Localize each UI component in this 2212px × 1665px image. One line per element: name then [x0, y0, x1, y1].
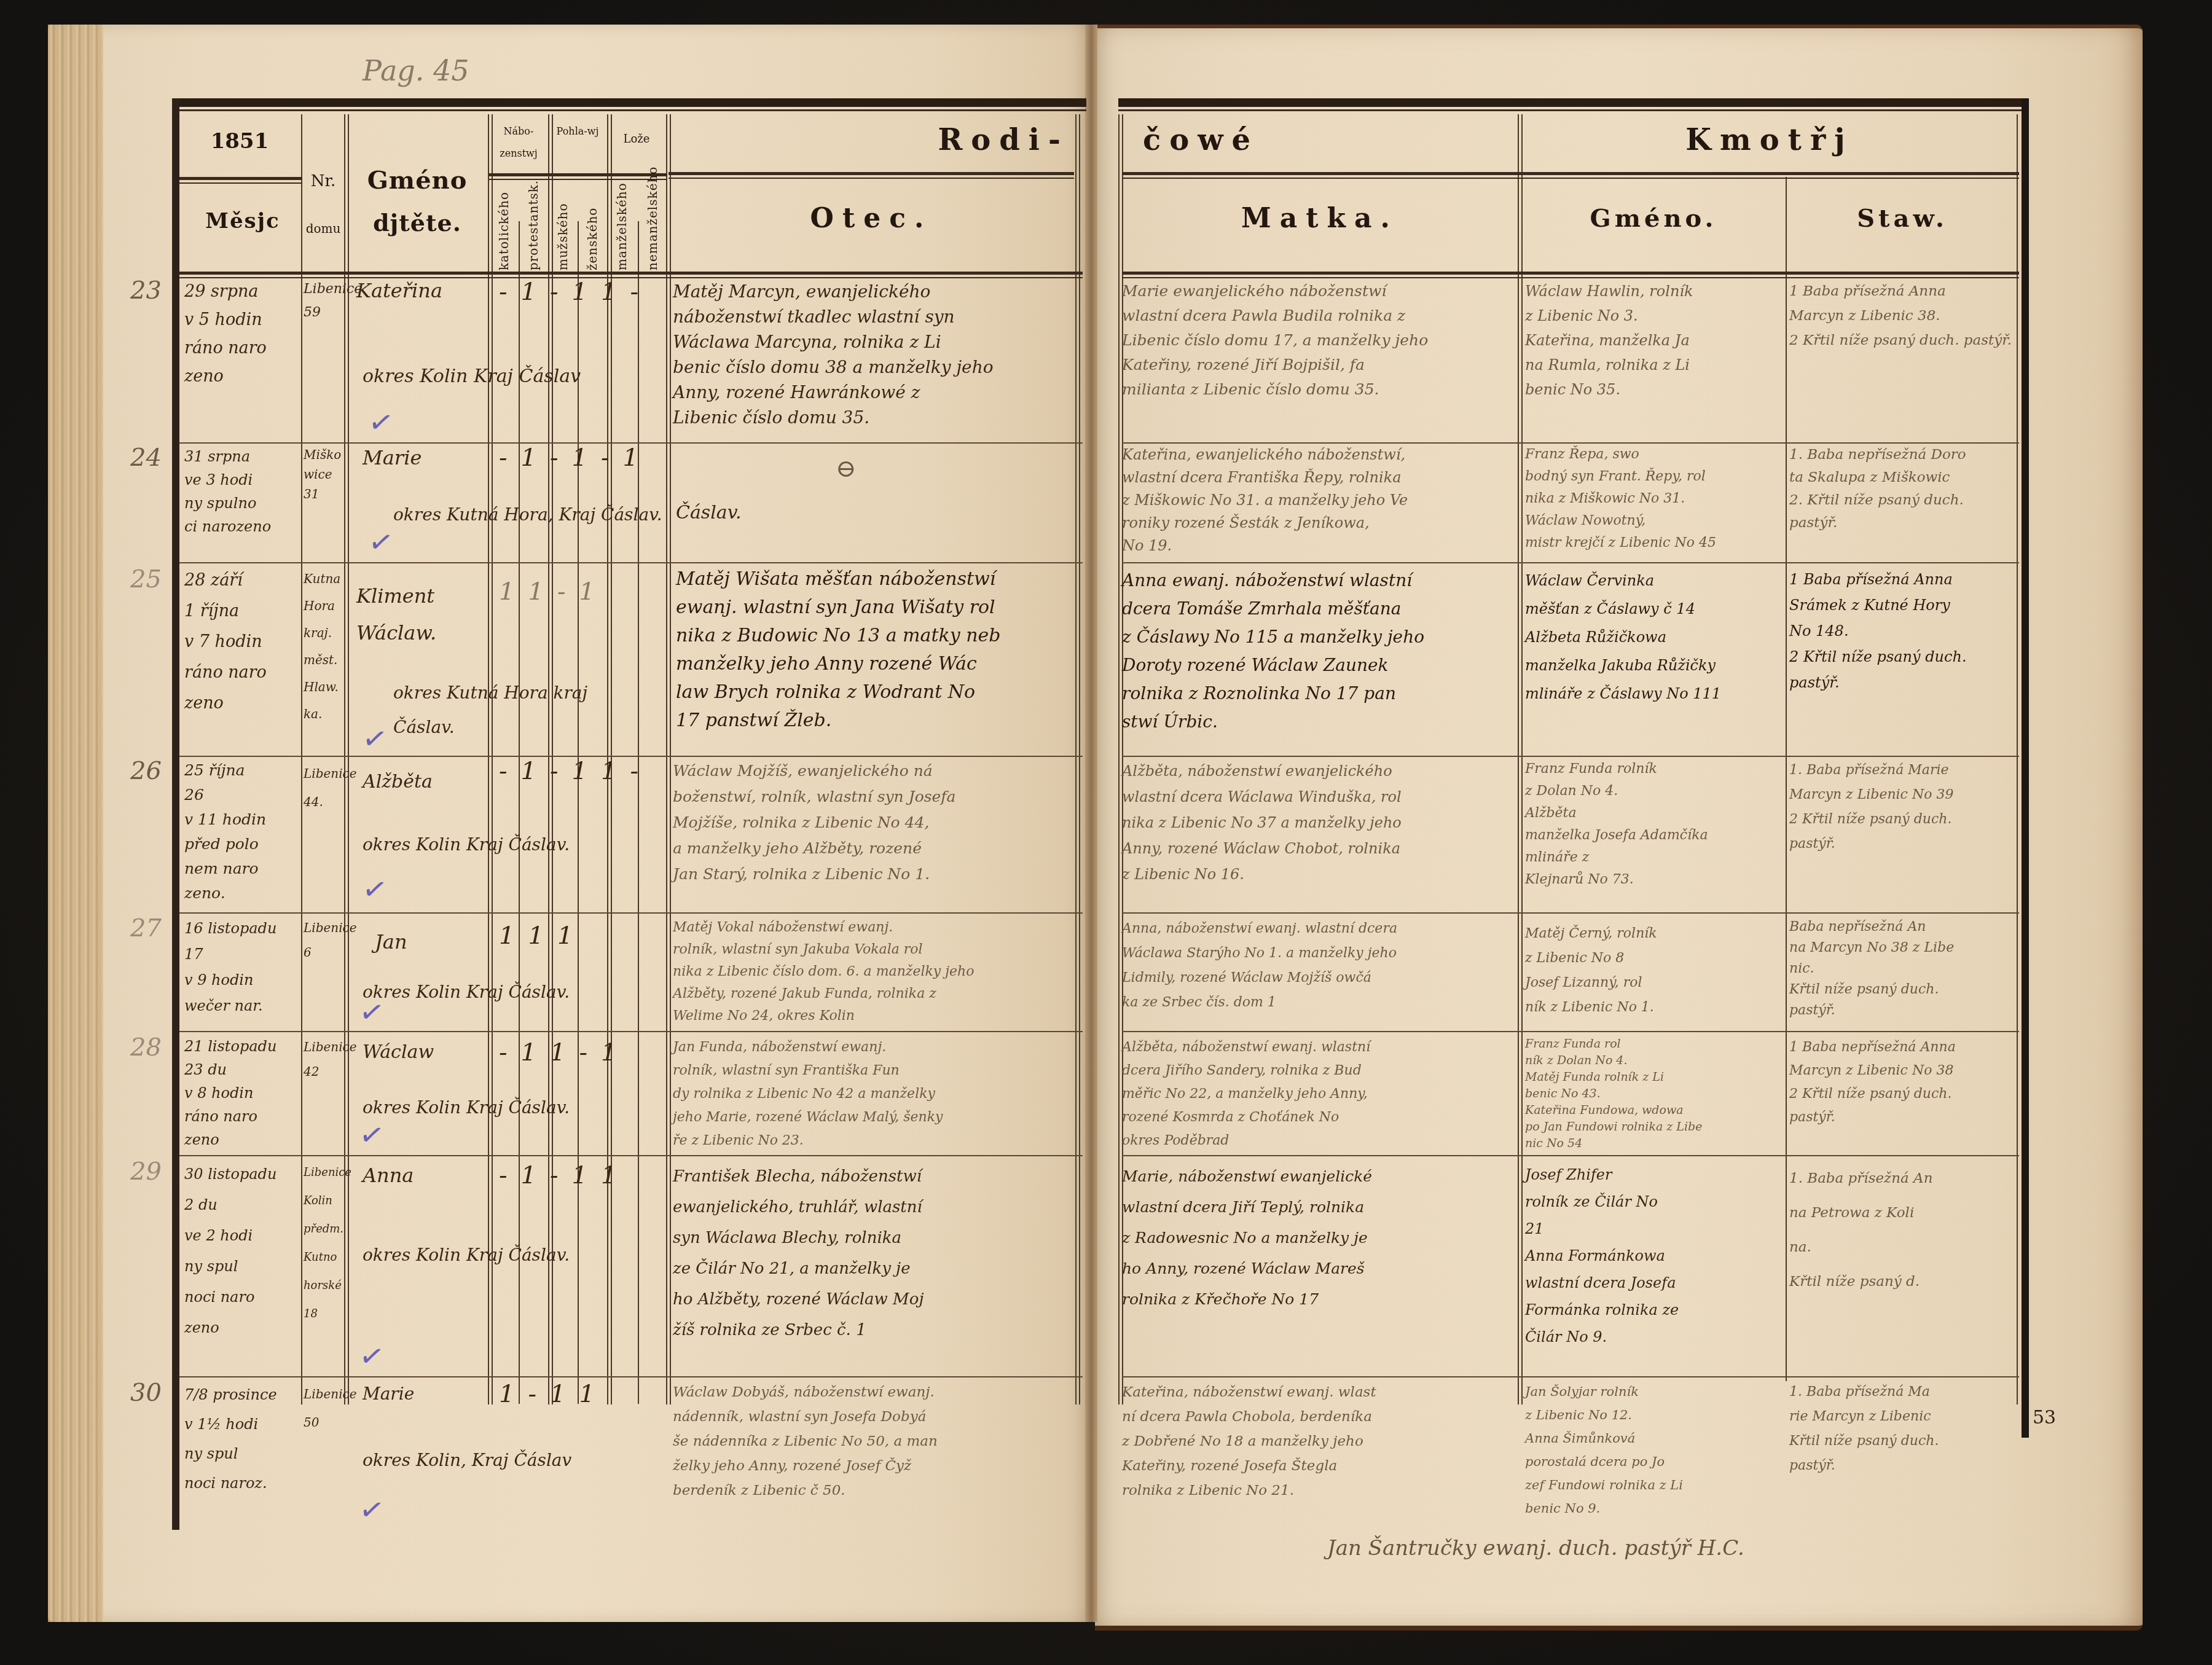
row-divider: [1122, 912, 2019, 914]
header-divider: [1122, 172, 2019, 175]
entry-godparent-names: Wáclaw Hawlin, rolník z Libenic No 3. Ka…: [1525, 279, 1783, 402]
entry-marks: 1-11: [499, 1380, 671, 1408]
religion-header: Nábo-zenstwj: [489, 120, 548, 165]
entry-godparent-status: 1. Baba přísežná Ma rie Marcyn z Libenic…: [1789, 1380, 2026, 1478]
parents-title-right: čowé: [1143, 123, 1266, 157]
entry-father: Jan Funda, náboženstwí ewanj. rolník, wl…: [673, 1036, 1081, 1153]
entry-godparent-names: Matěj Černý, rolník z Libenic No 8 Josef…: [1525, 922, 1783, 1020]
entry-godparent-names: Franz Funda rol ník z Dolan No 4. Matěj …: [1525, 1036, 1783, 1152]
col-divider: [301, 114, 302, 1404]
entry-number: 23: [130, 276, 162, 305]
table-top-border: [172, 98, 1086, 107]
godparents-title: Kmotřj: [1524, 123, 2015, 157]
entry-mother: Alžběta, náboženstwí ewanjelického wlast…: [1122, 758, 1518, 887]
entry-date: 28 září 1 října v 7 hodin ráno naro zeno: [184, 565, 301, 719]
entry-godparent-status: 1. Baba nepřísežná Doro ta Skalupa z Miš…: [1789, 444, 2026, 535]
entry-district: okres Kolin Kraj Čáslav.: [363, 978, 682, 1006]
book-gutter: [1085, 25, 1097, 1622]
col-divider: [1118, 114, 1120, 1404]
entry-father: Matěj Wišata měšťan náboženstwí ewanj. w…: [676, 565, 1081, 735]
entry-number: 27: [130, 914, 162, 942]
sex-header: Pohla-wj: [548, 120, 607, 143]
godparent-name-header: Gméno.: [1521, 204, 1786, 233]
entry-marks: 11-1: [499, 578, 671, 606]
entry-house: Kutna Hora kraj. měst. Hlaw. ka.: [304, 565, 353, 727]
entry-father: František Blecha, náboženstwí ewanjelick…: [673, 1161, 1081, 1346]
header-bottom-rule: [179, 272, 1083, 275]
entry-marks: -1-11-: [499, 757, 671, 785]
entry-house: Libenice Kolin předm. Kutno horské 18: [304, 1159, 353, 1328]
entry-date: 30 listopadu 2 du ve 2 hodi ny spul noci…: [184, 1159, 301, 1343]
entry-godparent-status: 1 Baba přísežná Anna Marcyn z Libenic 38…: [1789, 279, 2026, 353]
entry-father: Matěj Marcyn, ewanjelického náboženstwí …: [673, 279, 1078, 430]
male-col-header: mužského: [555, 178, 570, 270]
row-divider: [179, 1031, 1083, 1032]
entry-house: Libenice 44.: [304, 759, 353, 816]
catholic-col-header: katolického: [496, 178, 511, 270]
legitimate-col-header: manželského: [614, 178, 629, 270]
entry-child-name: Marie: [363, 1380, 492, 1408]
entry-mother: Marie, náboženstwí ewanjelické wlastní d…: [1122, 1161, 1518, 1315]
entry-district: okres Kolin Kraj Čáslav.: [363, 1094, 682, 1122]
entry-house: Libenice 42: [304, 1035, 353, 1084]
child-name-header: Gméno: [347, 166, 488, 195]
page-edges: [48, 25, 103, 1622]
row-divider: [179, 1155, 1083, 1156]
col-divider: [578, 221, 579, 1404]
entry-district: okres Kolin, Kraj Čáslav: [363, 1446, 682, 1475]
entry-date: 25 října 26 v 11 hodin před polo nem nar…: [184, 758, 301, 906]
entry-marks: -11-1: [499, 1038, 671, 1067]
row-divider: [1122, 1031, 2019, 1032]
year-label: 1851: [190, 129, 289, 154]
entry-godparent-names: Wáclaw Červinka měšťan z Čáslawy č 14 Al…: [1525, 566, 1783, 708]
page-number-note: Pag. 45: [363, 54, 469, 87]
row-divider: [1122, 1155, 2019, 1156]
entry-father-note: Čáslav.: [676, 499, 860, 527]
entry-child-name: Marie: [363, 444, 485, 472]
godparent-status-header: Staw.: [1788, 204, 2017, 233]
row-divider: [179, 912, 1083, 914]
entry-godparent-names: Josef Zhifer rolník ze Čilár No 21 Anna …: [1525, 1161, 1783, 1350]
entry-father: Wáclaw Dobyáš, náboženstwí ewanj. nádenn…: [673, 1380, 1081, 1503]
col-divider: [488, 114, 489, 1404]
entry-house: Miško wice 31: [304, 445, 353, 504]
entry-mother: Kateřina, náboženstwí ewanj. wlast ní dc…: [1122, 1380, 1518, 1503]
father-header: Otec.: [669, 203, 1074, 234]
entry-house: Libenice 6: [304, 915, 353, 965]
entry-district: okres Kolin Kraj Čáslav: [363, 362, 670, 391]
entry-godparent-status: 1. Baba přísežná An na Petrowa z Koli na…: [1789, 1161, 2026, 1299]
protestant-col-header: protestantsk.: [526, 178, 541, 270]
entry-date: 16 listopadu 17 v 9 hodin wečer nar.: [184, 915, 301, 1019]
entry-child-name: Wáclaw: [363, 1038, 492, 1067]
entry-district: okres Kutná Hora kraj Čáslav.: [393, 676, 676, 745]
entry-district: okres Kolin Kraj Čáslav.: [363, 831, 682, 859]
entry-mother: Kateřina, ewanjelického náboženstwí, wla…: [1122, 444, 1518, 557]
entry-marks: 111: [499, 922, 671, 950]
entry-godparent-names: Franz Řepa, swo bodný syn Frant. Řepy, r…: [1525, 444, 1783, 554]
entry-godparent-names: Franz Funda rolník z Dolan No 4. Alžběta…: [1525, 758, 1783, 891]
bed-header: Lože: [607, 133, 666, 146]
table-top-border: [1118, 98, 2029, 107]
female-col-header: ženského: [585, 178, 600, 270]
mother-header: Matka.: [1122, 203, 1518, 234]
entry-godparent-status: 1. Baba přísežná Marie Marcyn z Libenic …: [1789, 758, 2026, 856]
entry-father: Matěj Vokal náboženstwí ewanj. rolník, w…: [673, 917, 1081, 1027]
entry-father: Wáclaw Mojžíš, ewanjelického ná boženstw…: [673, 758, 1081, 887]
table-left-border: [172, 98, 179, 1530]
entry-house: Libenice 50: [304, 1380, 353, 1436]
margin-number: 53: [2033, 1407, 2056, 1428]
entry-number: 30: [130, 1379, 162, 1407]
house-nr-header: Nr.: [301, 172, 345, 190]
entry-number: 26: [130, 757, 162, 785]
header-divider: [489, 173, 667, 176]
entry-godparent-status: Baba nepřísežná An na Marcyn No 38 z Lib…: [1789, 917, 2026, 1021]
entry-number: 25: [130, 565, 162, 594]
entry-marks: -1-11-: [499, 278, 671, 306]
entry-mark-circle: ⊖: [836, 455, 873, 483]
col-divider: [1786, 177, 1787, 1381]
entry-number: 29: [130, 1158, 162, 1186]
entry-child-name: Kliment Wáclaw.: [356, 578, 492, 651]
entry-mother: Marie ewanjelického náboženstwí wlastní …: [1122, 279, 1518, 402]
row-divider: [1122, 756, 2019, 757]
row-divider: [179, 562, 1083, 563]
entry-marks: -1-1-1: [499, 444, 671, 472]
illegitimate-col-header: nemanželského: [645, 178, 660, 270]
entry-mother: Anna, náboženstwí ewanj. wlastní dcera W…: [1122, 917, 1518, 1015]
pastor-signature: Jan Šantručky ewanj. duch. pastýř H.C.: [1327, 1536, 1744, 1561]
header-bottom-rule: [1122, 272, 2019, 275]
entry-child-name: Kateřina: [356, 276, 492, 305]
entry-district: okres Kolin Kraj Čáslav.: [363, 1241, 682, 1269]
col-divider: [519, 221, 520, 1404]
row-divider: [1122, 562, 2019, 563]
header-divider: [669, 172, 1074, 175]
entry-child-name: Jan: [375, 928, 485, 956]
entry-godparent-status: 1 Baba přísežná Anna Srámek z Kutné Hory…: [1789, 566, 2026, 695]
entry-date: 29 srpna v 5 hodin ráno naro zeno: [184, 278, 301, 391]
parents-title-left: Rodi-: [860, 123, 1069, 157]
entry-date: 31 srpna ve 3 hodi ny spulno ci narozeno: [184, 445, 301, 538]
header-divider: [179, 177, 302, 180]
entry-number: 28: [130, 1033, 162, 1062]
col-divider: [638, 221, 639, 1404]
entry-date: 21 listopadu 23 du v 8 hodin ráno naro z…: [184, 1035, 301, 1151]
month-header: Měsjc: [184, 209, 301, 233]
entry-child-name: Alžběta: [363, 768, 492, 796]
child-name-header-2: djtěte.: [347, 209, 488, 237]
entry-date: 7/8 prosince v 1½ hodi ny spul noci naro…: [184, 1380, 301, 1498]
entry-mother: Alžběta, náboženstwí ewanj. wlastní dcer…: [1122, 1036, 1518, 1153]
row-divider: [179, 1376, 1083, 1377]
row-divider: [1122, 1376, 2019, 1377]
entry-mother: Anna ewanj. náboženstwí wlastní dcera To…: [1122, 566, 1518, 736]
entry-godparent-names: Jan Šolyjar rolník z Libenic No 12. Anna…: [1525, 1380, 1783, 1520]
entry-marks: -1-11: [499, 1161, 671, 1189]
entry-child-name: Anna: [363, 1161, 492, 1189]
entry-godparent-status: 1 Baba nepřísežná Anna Marcyn z Libenic …: [1789, 1036, 2026, 1129]
entry-house: Libenice 59: [304, 278, 353, 324]
entry-number: 24: [130, 444, 162, 472]
house-domu-header: domu: [301, 221, 345, 236]
